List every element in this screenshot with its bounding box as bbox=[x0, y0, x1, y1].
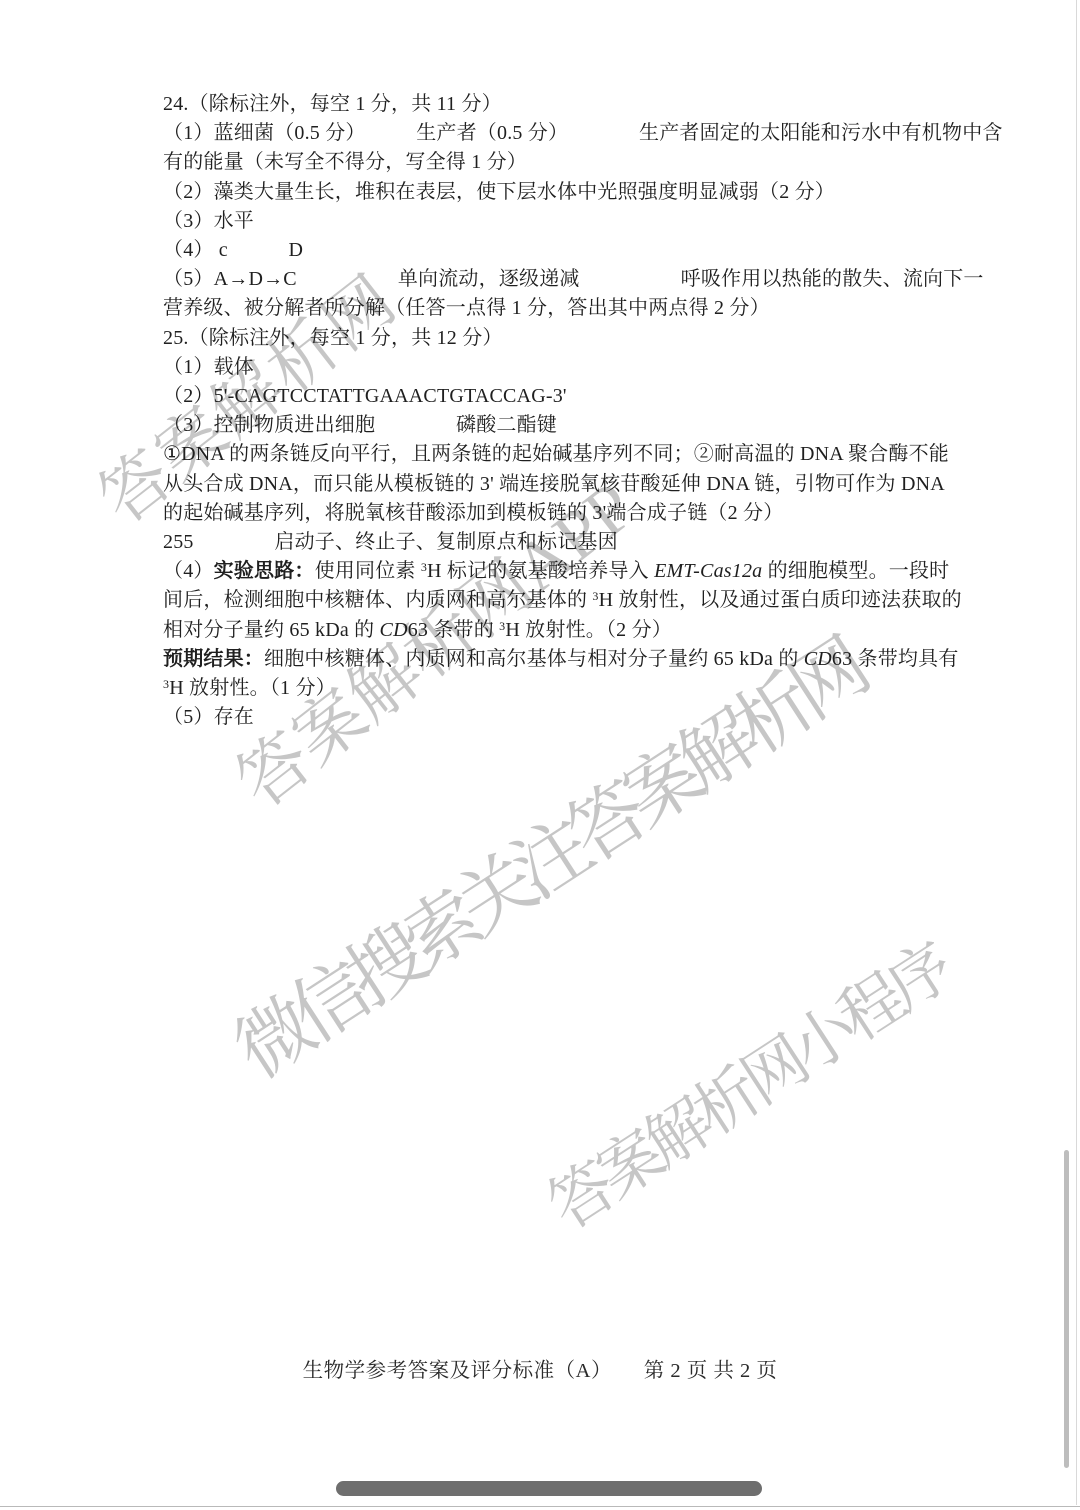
doc-text-segment: CD bbox=[380, 619, 408, 641]
scan-bottom-edge bbox=[0, 1506, 1080, 1508]
doc-line: （3）水平 bbox=[163, 207, 254, 236]
doc-text-segment: 25.（除标注外，每空 1 分，共 12 分） bbox=[163, 327, 503, 349]
doc-text-segment: 有的能量（未写全不得分，写全得 1 分） bbox=[163, 151, 527, 173]
scan-edge-line bbox=[1076, 0, 1078, 1505]
doc-line: 的起始碱基序列，将脱氧核苷酸添加到模板链的 3'端合成子链（2 分） bbox=[163, 499, 783, 528]
doc-text-segment: ①DNA 的两条链反向平行，且两条链的起始碱基序列不同；②耐高温的 DNA 聚合… bbox=[163, 443, 949, 465]
doc-line: 255 启动子、终止子、复制原点和标记基因 bbox=[163, 528, 618, 557]
doc-text-segment: （1）载体 bbox=[163, 356, 254, 378]
doc-line: 从头合成 DNA，而只能从模板链的 3' 端连接脱氧核苷酸延伸 DNA 链，引物… bbox=[163, 470, 945, 499]
doc-text-segment: （3）水平 bbox=[163, 210, 254, 232]
doc-line: （1）蓝细菌（0.5 分） 生产者（0.5 分） 生产者固定的太阳能和污水中有机… bbox=[163, 119, 1003, 148]
doc-text-segment: （1）蓝细菌（0.5 分） 生产者（0.5 分） 生产者固定的太阳能和污水中有机… bbox=[163, 122, 1003, 144]
doc-text-segment: 63 条带均具有 bbox=[832, 648, 959, 670]
doc-text-segment: 的起始碱基序列，将脱氧核苷酸添加到模板链的 3'端合成子链（2 分） bbox=[163, 502, 783, 524]
doc-line: （2）藻类大量生长，堆积在表层，使下层水体中光照强度明显减弱（2 分） bbox=[163, 178, 835, 207]
page-surface: 答案解析网答案解析网APP微信搜索关注答案解析网答案解析网小程序 24.（除标注… bbox=[0, 0, 1080, 1510]
doc-line: （3）控制物质进出细胞 磷酸二酯键 bbox=[163, 411, 557, 440]
doc-text-segment: （2）藻类大量生长，堆积在表层，使下层水体中光照强度明显减弱（2 分） bbox=[163, 181, 835, 203]
doc-text-segment: 营养级、被分解者所分解（任答一点得 1 分，答出其中两点得 2 分） bbox=[163, 297, 770, 319]
doc-text-segment: （4） bbox=[163, 560, 214, 582]
doc-line: 24.（除标注外，每空 1 分，共 11 分） bbox=[163, 90, 502, 119]
doc-line: 3H 放射性。（1 分） bbox=[163, 674, 336, 703]
doc-text-segment: H 放射性。（1 分） bbox=[169, 677, 336, 699]
doc-text-segment: 预期结果： bbox=[163, 648, 264, 670]
doc-line: （4）实验思路：使用同位素 3H 标记的氨基酸培养导入 EMT-Cas12a 的… bbox=[163, 557, 949, 586]
doc-line: 预期结果：细胞中核糖体、内质网和高尔基体与相对分子量约 65 kDa 的 CD6… bbox=[163, 645, 959, 674]
doc-line: 间后，检测细胞中核糖体、内质网和高尔基体的 3H 放射性，以及通过蛋白质印迹法获… bbox=[163, 586, 962, 615]
doc-text-segment: 间后，检测细胞中核糖体、内质网和高尔基体的 bbox=[163, 589, 592, 611]
doc-line: （4） c D bbox=[163, 236, 303, 265]
doc-line: （2）5'-CAGTCCTATTGAAACTGTACCAG-3' bbox=[163, 382, 567, 411]
doc-line: 25.（除标注外，每空 1 分，共 12 分） bbox=[163, 324, 503, 353]
doc-text-segment: EMT-Cas12a bbox=[654, 560, 762, 582]
doc-footer: 生物学参考答案及评分标准（A） 第 2 页 共 2 页 bbox=[0, 1353, 1080, 1383]
doc-text-segment: H 放射性。（2 分） bbox=[505, 619, 672, 641]
document-body: 24.（除标注外，每空 1 分，共 11 分）（1）蓝细菌（0.5 分） 生产者… bbox=[0, 0, 1080, 1510]
doc-line: （5）存在 bbox=[163, 703, 254, 732]
doc-text-segment: （4） c D bbox=[163, 239, 303, 261]
doc-text-segment: 63 条带的 bbox=[408, 619, 499, 641]
doc-text-segment: （5）存在 bbox=[163, 706, 254, 728]
doc-text-segment: H 放射性，以及通过蛋白质印迹法获取的 bbox=[599, 589, 962, 611]
scrollbar-thumb[interactable] bbox=[1064, 1150, 1069, 1468]
doc-line: 相对分子量约 65 kDa 的 CD63 条带的 3H 放射性。（2 分） bbox=[163, 616, 672, 645]
doc-text-segment: （5）A→D→C 单向流动，逐级递减 呼吸作用以热能的散失、流向下一 bbox=[163, 268, 984, 290]
doc-text-segment: CD bbox=[804, 648, 832, 670]
home-indicator-bar[interactable] bbox=[336, 1481, 762, 1496]
doc-text-segment: 细胞中核糖体、内质网和高尔基体与相对分子量约 65 kDa 的 bbox=[264, 648, 804, 670]
doc-text-segment: 从头合成 DNA，而只能从模板链的 3' 端连接脱氧核苷酸延伸 DNA 链，引物… bbox=[163, 473, 945, 495]
doc-line: ①DNA 的两条链反向平行，且两条链的起始碱基序列不同；②耐高温的 DNA 聚合… bbox=[163, 440, 949, 469]
doc-text-segment: （3）控制物质进出细胞 磷酸二酯键 bbox=[163, 414, 557, 436]
doc-text-segment: 使用同位素 bbox=[315, 560, 421, 582]
doc-text-segment: 的细胞模型。一段时 bbox=[762, 560, 949, 582]
doc-line: 有的能量（未写全不得分，写全得 1 分） bbox=[163, 148, 527, 177]
doc-text-segment: 24.（除标注外，每空 1 分，共 11 分） bbox=[163, 93, 502, 115]
doc-line: （1）载体 bbox=[163, 353, 254, 382]
doc-line: （5）A→D→C 单向流动，逐级递减 呼吸作用以热能的散失、流向下一 bbox=[163, 265, 984, 294]
doc-text-segment: （2）5'-CAGTCCTATTGAAACTGTACCAG-3' bbox=[163, 385, 567, 407]
doc-text-segment: 255 启动子、终止子、复制原点和标记基因 bbox=[163, 531, 618, 553]
doc-text-segment: 相对分子量约 65 kDa 的 bbox=[163, 619, 380, 641]
doc-text-segment: H 标记的氨基酸培养导入 bbox=[427, 560, 654, 582]
doc-text-segment: 实验思路： bbox=[214, 560, 315, 582]
doc-line: 营养级、被分解者所分解（任答一点得 1 分，答出其中两点得 2 分） bbox=[163, 294, 770, 323]
